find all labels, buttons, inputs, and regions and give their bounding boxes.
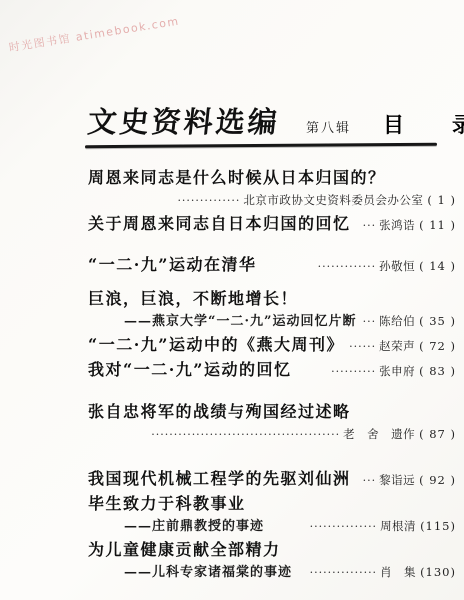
- dot-leader: ···: [363, 214, 377, 237]
- toc-entry-page: ( 83 ): [419, 360, 456, 383]
- dot-leader: ········································…: [151, 423, 340, 446]
- toc-line: 我对“一二·九”运动的回忆 ·········· 张申府 ( 83 ): [88, 358, 456, 383]
- toc-entry-author: 张申府: [379, 360, 415, 383]
- toc-ref: ··············· 周根清 (115): [310, 515, 456, 538]
- toc-entry-title: 为儿童健康贡献全部精力: [88, 538, 281, 561]
- toc-entry-title: “一二·九”运动中的《燕大周刊》: [88, 333, 344, 356]
- toc-line: “一二·九”运动在清华 ············· 孙敬恒 ( 14 ): [88, 253, 456, 278]
- header-rule: [85, 143, 437, 148]
- toc-entry-author: 老 舍 遗作: [343, 423, 415, 446]
- toc-line: ——庄前鼎教授的事迹 ··············· 周根清 (115): [88, 515, 456, 538]
- toc-line: 毕生致力于科教事业: [88, 492, 456, 515]
- toc-ref: ········································…: [151, 423, 456, 446]
- dot-leader: ··············: [177, 189, 240, 212]
- toc-line: ·············· 北京市政协文史资料委员会办公室 ( 1 ): [88, 189, 456, 212]
- toc-line: ——儿科专家诸福棠的事迹 ··············· 肖 集 (130): [88, 561, 456, 584]
- toc-entry-subtitle: ——儿科专家诸福棠的事迹: [124, 561, 292, 584]
- toc-line: 我国现代机械工程学的先驱刘仙洲 ··· 黎诣远 ( 92 ): [88, 467, 456, 492]
- dot-leader: ···············: [310, 561, 377, 584]
- toc-entry-page: ( 1 ): [427, 189, 456, 212]
- toc-line: 巨浪，巨浪，不断地增长！: [88, 287, 456, 310]
- toc-ref: ··· 黎诣远 ( 92 ): [363, 469, 456, 492]
- toc-ref: ··· 陈给伯 ( 35 ): [363, 310, 456, 333]
- dot-leader: ··········: [331, 360, 376, 383]
- volume-label: 第八辑: [306, 117, 351, 136]
- dot-leader: ···: [363, 310, 377, 333]
- toc-entry-author: 孙敬恒: [379, 255, 415, 278]
- toc-heading: 目 录: [383, 109, 464, 139]
- scanned-page: 时光图书馆 atimebook.com 文史资料选编 第八辑 目 录 周恩来同志…: [0, 0, 464, 600]
- toc-line: 张自忠将军的战绩与殉国经过述略: [88, 400, 456, 423]
- toc-line: 为儿童健康贡献全部精力: [88, 538, 456, 561]
- dot-leader: ·············: [318, 255, 376, 278]
- toc-line: 周恩来同志是什么时候从日本归国的？: [88, 166, 456, 189]
- toc-entry-author: 肖 集: [380, 561, 416, 584]
- toc-ref: ··············· 肖 集 (130): [310, 561, 456, 584]
- toc-line: ——燕京大学“一二·九”运动回忆片断 ··· 陈给伯 ( 35 ): [88, 310, 456, 333]
- toc-entry-title: 巨浪，巨浪，不断地增长！: [88, 287, 298, 310]
- toc-entry-subtitle: ——燕京大学“一二·九”运动回忆片断: [124, 310, 356, 333]
- toc-entry-author: 赵荣声: [379, 335, 415, 358]
- toc-entry-page: ( 72 ): [419, 335, 456, 358]
- toc-ref: ·········· 张申府 ( 83 ): [331, 360, 456, 383]
- toc-entry-page: (115): [420, 515, 456, 538]
- toc-ref: ·············· 北京市政协文史资料委员会办公室 ( 1 ): [177, 189, 456, 212]
- toc-entry-title: 毕生致力于科教事业: [88, 492, 246, 515]
- toc-entry-author: 周根清: [380, 515, 416, 538]
- toc-line: “一二·九”运动中的《燕大周刊》 ······ 赵荣声 ( 72 ): [88, 333, 456, 358]
- toc-line: ········································…: [88, 423, 456, 446]
- toc-entry-author: 陈给伯: [379, 310, 415, 333]
- toc-entry-subtitle: ——庄前鼎教授的事迹: [124, 515, 264, 538]
- toc-entry-page: ( 92 ): [419, 469, 456, 492]
- toc-entry-page: (130): [420, 561, 456, 584]
- toc-ref: ······ 赵荣声 ( 72 ): [349, 335, 456, 358]
- dot-leader: ······: [349, 335, 376, 358]
- toc-entry-title: 我对“一二·九”运动的回忆: [88, 358, 291, 381]
- toc-entry-page: ( 87 ): [419, 423, 456, 446]
- toc-line: 关于周恩来同志自日本归国的回忆 ··· 张鸿诰 ( 11 ): [88, 212, 456, 237]
- toc-entry-title: 周恩来同志是什么时候从日本归国的？: [88, 166, 386, 189]
- toc-entry-author: 黎诣远: [379, 469, 415, 492]
- dot-leader: ···············: [310, 515, 377, 538]
- toc-entry-author: 张鸿诰: [379, 214, 415, 237]
- toc-ref: ············· 孙敬恒 ( 14 ): [318, 255, 456, 278]
- toc-entry-title: “一二·九”运动在清华: [88, 253, 256, 276]
- toc-entry-page: ( 14 ): [419, 255, 456, 278]
- toc-entry-title: 关于周恩来同志自日本归国的回忆: [88, 212, 351, 235]
- watermark: 时光图书馆 atimebook.com: [8, 13, 181, 56]
- toc-entry-page: ( 35 ): [419, 310, 456, 333]
- dot-leader: ···: [363, 469, 377, 492]
- series-title: 文史资料选编: [86, 100, 282, 141]
- table-of-contents: 周恩来同志是什么时候从日本归国的？ ·············· 北京市政协文史…: [88, 166, 456, 584]
- toc-entry-title: 张自忠将军的战绩与殉国经过述略: [88, 400, 351, 423]
- page-header: 文史资料选编 第八辑 目 录: [88, 100, 440, 141]
- toc-entry-title: 我国现代机械工程学的先驱刘仙洲: [88, 467, 351, 490]
- toc-entry-author: 北京市政协文史资料委员会办公室: [243, 189, 423, 212]
- toc-ref: ··· 张鸿诰 ( 11 ): [363, 214, 456, 237]
- toc-entry-page: ( 11 ): [419, 214, 456, 237]
